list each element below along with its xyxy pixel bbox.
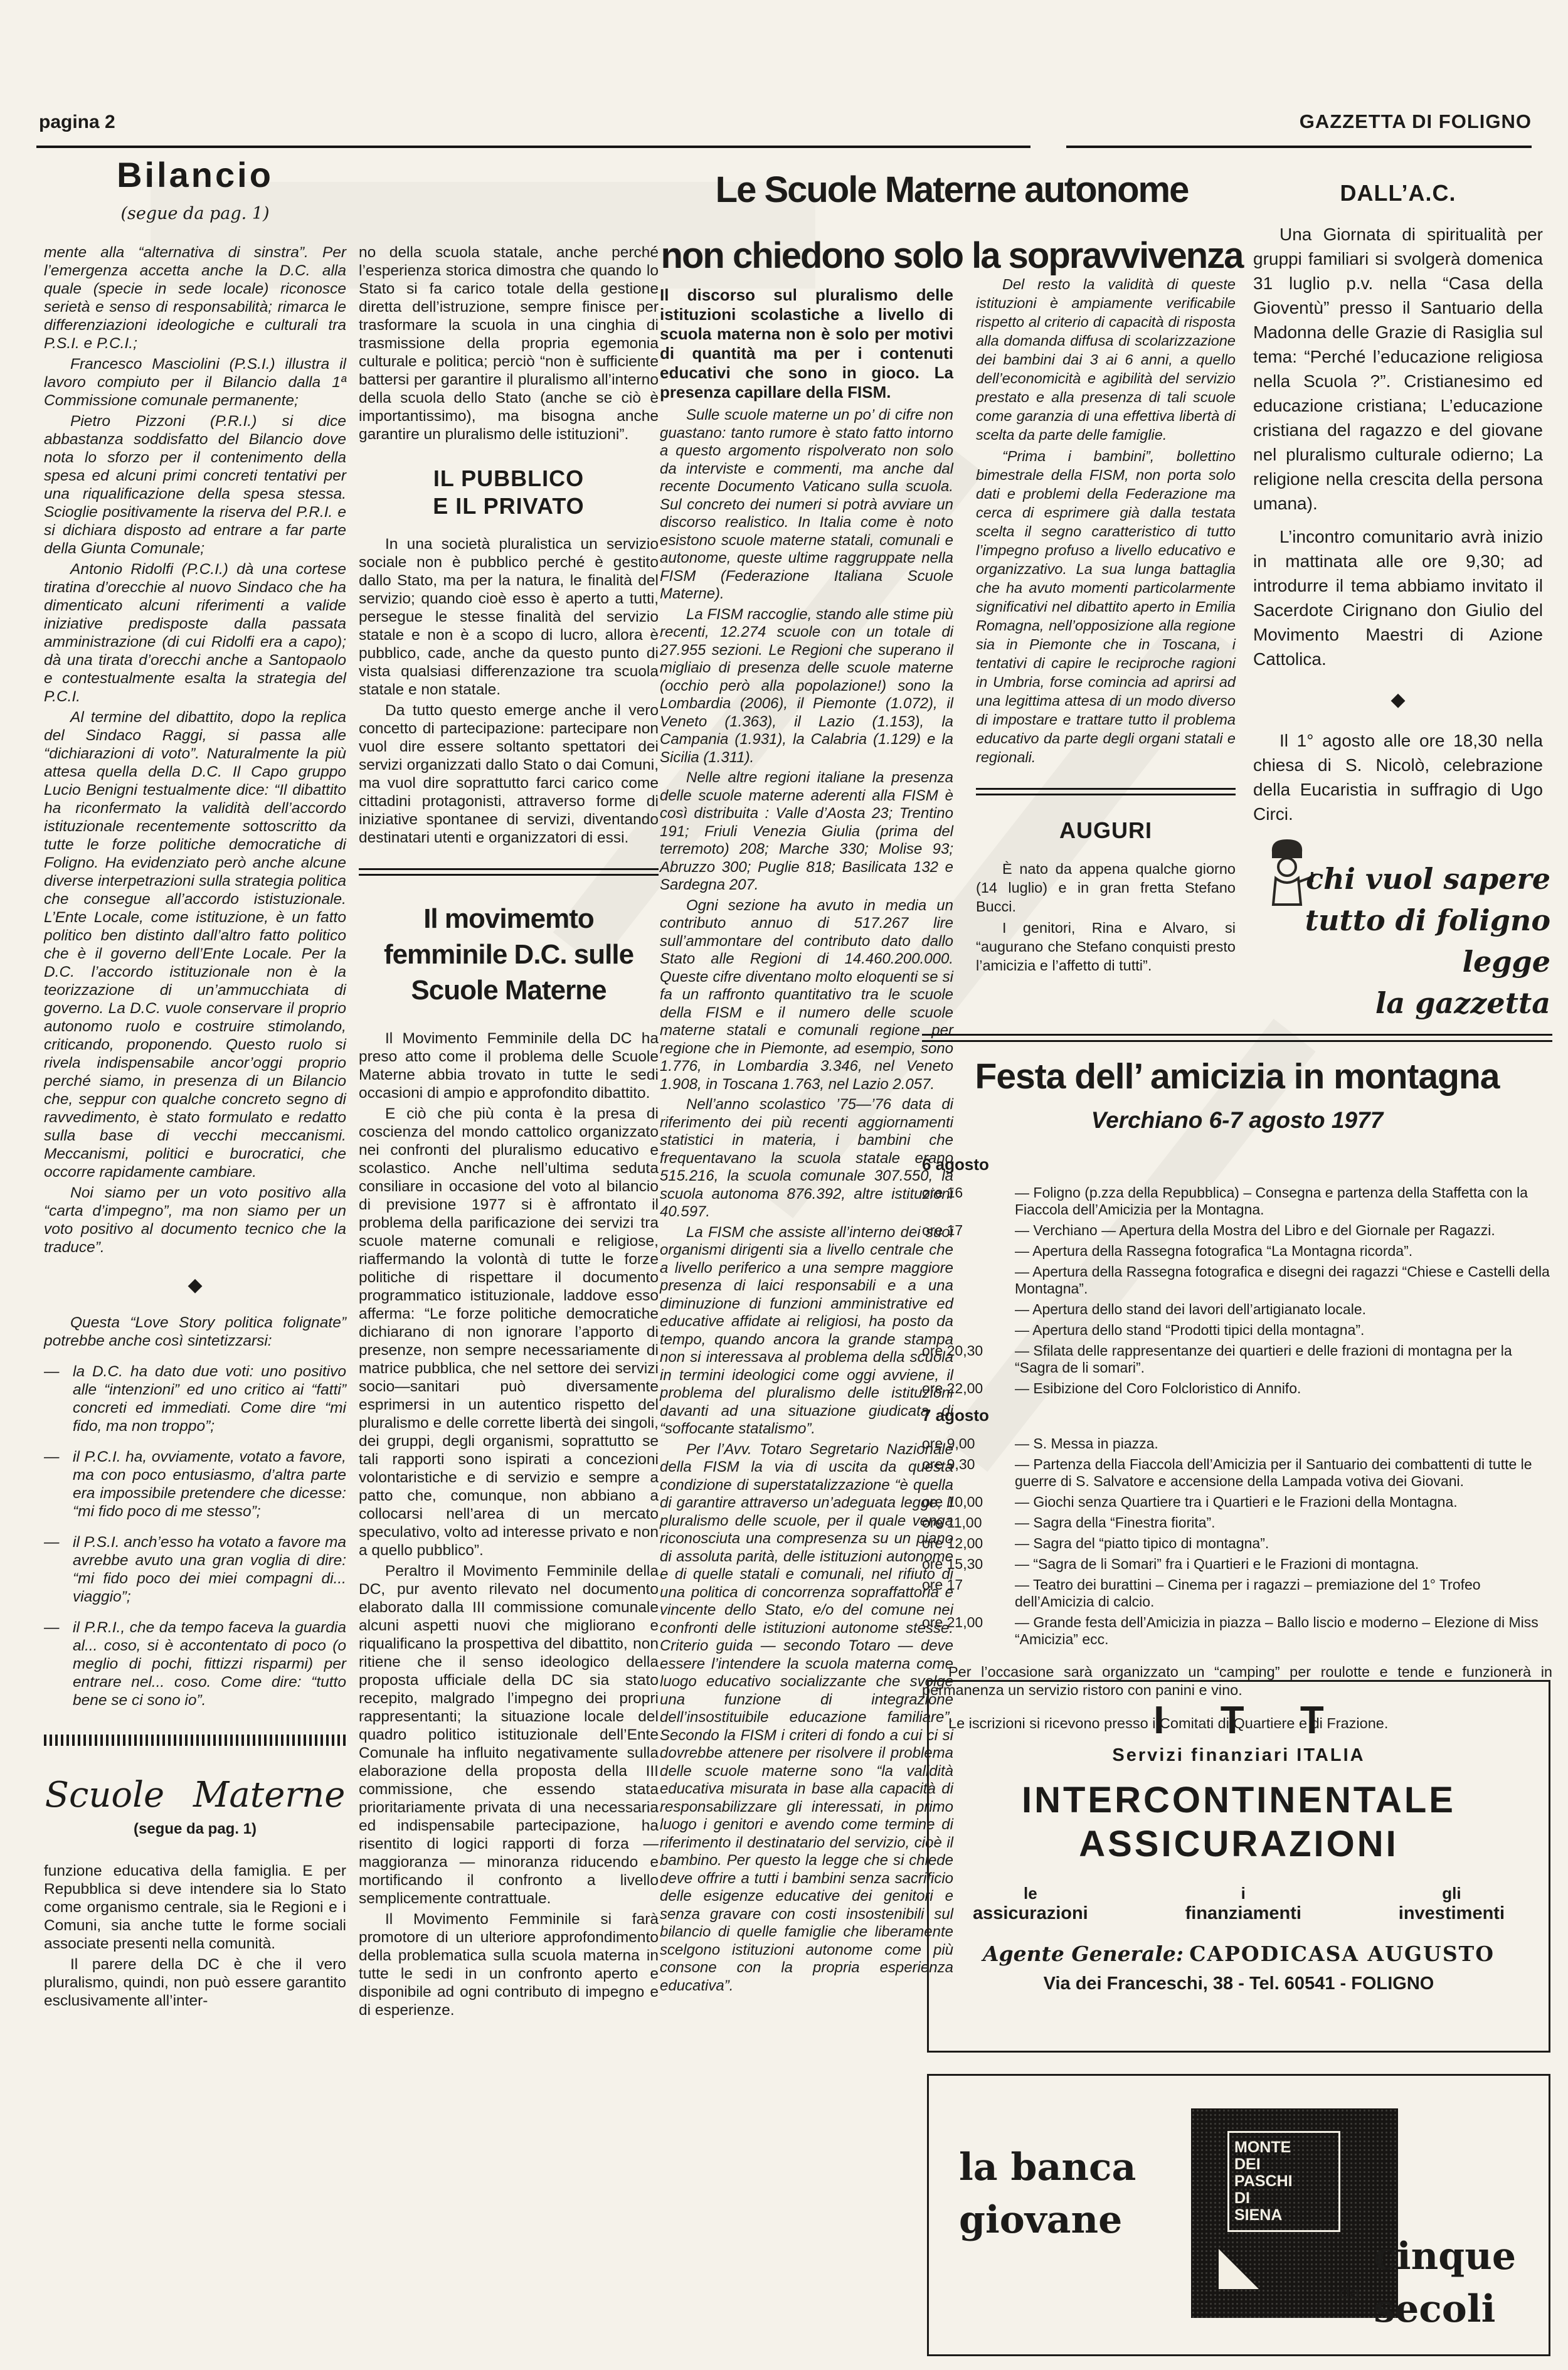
schedule-text: — Foligno (p.zza della Repubblica) – Con… <box>1015 1184 1552 1218</box>
schedule-time: ore 11,00 <box>922 1514 1015 1531</box>
itt-service-name: finanziamenti <box>1185 1903 1301 1924</box>
list-item-text: il P.C.I. ha, ovviamente, votato a favor… <box>73 1448 346 1521</box>
header-rule <box>1066 146 1532 148</box>
article-paragraph: Nelle altre regioni italiane la presenza… <box>660 769 953 895</box>
article-title-line: Il movimemto <box>359 901 659 937</box>
dash-marker: — <box>44 1448 73 1521</box>
header-rule <box>36 146 1030 148</box>
dash-marker: — <box>44 1533 73 1606</box>
schedule-text: — Apertura della Rassegna fotografica “L… <box>1015 1243 1552 1260</box>
article-paragraph: Peraltro il Movimento Femminile della DC… <box>359 1562 659 1908</box>
festa-section: Festa dell’ amicizia in montagna Verchia… <box>922 1034 1552 1747</box>
schedule-text: — Teatro dei burattini – Cinema per i ra… <box>1015 1576 1552 1610</box>
main-headline: Le Scuole Materne autonome non chiedono … <box>655 157 1248 289</box>
itt-agent-label: Agente Generale: <box>983 1942 1184 1966</box>
schedule-time: ore 9,00 <box>922 1435 1015 1452</box>
itt-company-name: INTERCONTINENTALE ASSICURAZIONI <box>929 1778 1549 1866</box>
list-item-text: il P.S.I. anch’esso ha votato a favore m… <box>73 1533 346 1606</box>
section-heading-line: IL PUBBLICO <box>359 465 659 492</box>
logo-text-line: DEI <box>1234 2156 1333 2173</box>
list-item: — il P.R.I., che da tempo faceva la guar… <box>44 1618 346 1709</box>
article-paragraph: In una società pluralistica un servizio … <box>359 535 659 699</box>
list-item: — il P.C.I. ha, ovviamente, votato a fav… <box>44 1448 346 1521</box>
schedule-row: ore 21,00— Grande festa dell’Amicizia in… <box>922 1614 1552 1648</box>
article-paragraph: Francesco Masciolini (P.S.I.) illustra i… <box>44 355 346 410</box>
itt-company-name-line: INTERCONTINENTALE <box>929 1778 1549 1822</box>
bank-advertisement: la banca giovane MONTE DEI PASCHI DI SIE… <box>927 2074 1550 2356</box>
double-rule-divider <box>359 868 659 876</box>
itt-service-name: assicurazioni <box>973 1903 1088 1924</box>
section-heading: DALL’A.C. <box>1253 179 1543 207</box>
schedule-row: ore 10,00— Giochi senza Quartiere tra i … <box>922 1494 1552 1511</box>
column-dall-ac: DALL’A.C. Una Giornata di spiritualità p… <box>1253 158 1543 835</box>
schedule-time: ore 21,00 <box>922 1614 1015 1648</box>
promo-line: tutto di foligno <box>1305 900 1550 941</box>
schedule-row: ore 16— Foligno (p.zza della Repubblica)… <box>922 1184 1552 1218</box>
article-paragraph: “Prima i bambini”, bollettino bimestrale… <box>976 447 1236 767</box>
monte-paschi-logo: MONTE DEI PASCHI DI SIENA <box>1191 2108 1398 2318</box>
schedule-text: — Apertura dello stand dei lavori dell’a… <box>1015 1301 1552 1318</box>
schedule-row: ore 22,00— Esibizione del Coro Folcloris… <box>922 1380 1552 1397</box>
article-paragraph: Al termine del dibattito, dopo la replic… <box>44 708 346 1181</box>
section-heading-line: E IL PRIVATO <box>359 492 659 520</box>
section-heading: IL PUBBLICO E IL PRIVATO <box>359 465 659 520</box>
article-paragraph: Sulle scuole materne un po’ di cifre non… <box>660 407 953 603</box>
article-paragraph: Nell’anno scolastico ’75—’76 data di rif… <box>660 1096 953 1221</box>
bank-ad-text-line: secoli <box>1374 2283 1516 2335</box>
schedule-time <box>922 1243 1015 1260</box>
itt-address: Via dei Franceschi, 38 - Tel. 60541 - FO… <box>929 1974 1549 1994</box>
itt-service-article: le <box>973 1884 1088 1903</box>
itt-company-name-line: ASSICURAZIONI <box>929 1822 1549 1866</box>
section-heading: AUGURI <box>976 817 1236 844</box>
article-paragraph: Per l’Avv. Totaro Segretario Nazionale d… <box>660 1441 953 1995</box>
festa-subtitle: Verchiano 6-7 agosto 1977 <box>922 1107 1552 1134</box>
article-title-line: femminile D.C. sulle <box>359 937 659 972</box>
schedule-text: — Sagra della “Finestra fiorita”. <box>1015 1514 1552 1531</box>
article-paragraph: Antonio Ridolfi (P.C.I.) dà una cortese … <box>44 560 346 706</box>
dash-marker: — <box>44 1618 73 1709</box>
newspaper-page: pagina 2 GAZZETTA DI FOLIGNO Bilancio (s… <box>0 0 1568 2370</box>
main-headline-line: Le Scuole Materne autonome <box>655 157 1248 223</box>
article-paragraph: Noi siamo per un voto positivo alla “car… <box>44 1184 346 1257</box>
column-main-article-b: Del resto la validità di queste istituzi… <box>976 275 1236 977</box>
schedule-time: ore 15,30 <box>922 1556 1015 1573</box>
itt-service: gli investimenti <box>1399 1884 1505 1924</box>
article-paragraph: Il 1° agosto alle ore 18,30 nella chiesa… <box>1253 728 1543 826</box>
schedule-text: — S. Messa in piazza. <box>1015 1435 1552 1452</box>
schedule-time: ore 12,00 <box>922 1535 1015 1552</box>
festa-title: Festa dell’ amicizia in montagna <box>922 1056 1552 1097</box>
article-paragraph: Pietro Pizzoni (P.R.I.) si dice abbastan… <box>44 412 346 558</box>
diamond-divider-icon: ◆ <box>1253 689 1543 711</box>
column-bilancio: mente alla “alternativa di sinstra”. Per… <box>44 243 346 2012</box>
itt-advertisement: I T T Servizi finanziari ITALIA INTERCON… <box>927 1680 1550 2053</box>
schedule-row: — Apertura della Rassegna fotografica e … <box>922 1263 1552 1297</box>
logo-text-line: SIENA <box>1234 2207 1333 2224</box>
article-bilancio-header: Bilancio (segue da pag. 1) <box>44 154 346 223</box>
article-paragraph: È nato da appena qualche giorno (14 lugl… <box>976 859 1236 916</box>
schedule-time: ore 17 <box>922 1576 1015 1610</box>
promo-line: legge <box>1305 941 1550 982</box>
schedule-time <box>922 1263 1015 1297</box>
schedule-text: — Sagra del “piatto tipico di montagna”. <box>1015 1535 1552 1552</box>
itt-agent: Agente Generale: CAPODICASA AUGUSTO <box>929 1942 1549 1966</box>
article-paragraph: funzione educativa della famiglia. E per… <box>44 1862 346 1953</box>
schedule-row: ore 17— Verchiano — Apertura della Mostr… <box>922 1222 1552 1239</box>
schedule-row: ore 12,00— Sagra del “piatto tipico di m… <box>922 1535 1552 1552</box>
bank-ad-text-line: la banca <box>959 2141 1136 2194</box>
article-title-line: Scuole Materne <box>359 972 659 1008</box>
continuation-note: (segue da pag. 1) <box>44 1820 346 1838</box>
page-number: pagina 2 <box>39 112 115 133</box>
schedule-time <box>922 1301 1015 1318</box>
article-paragraph: mente alla “alternativa di sinstra”. Per… <box>44 243 346 353</box>
schedule-text: — Esibizione del Coro Folcloristico di A… <box>1015 1380 1552 1397</box>
column-main-article-a: Sulle scuole materne un po’ di cifre non… <box>660 407 953 1997</box>
schedule-time: ore 17 <box>922 1222 1015 1239</box>
schedule-time <box>922 1322 1015 1339</box>
schedule-text: — Apertura dello stand “Prodotti tipici … <box>1015 1322 1552 1339</box>
list-item: — il P.S.I. anch’esso ha votato a favore… <box>44 1533 346 1606</box>
itt-services: le assicurazioni i finanziamenti gli inv… <box>929 1884 1549 1924</box>
bank-ad-da: da <box>1340 2283 1360 2304</box>
bank-ad-text-line: giovane <box>959 2194 1136 2246</box>
promo-line: la gazzetta <box>1305 982 1550 1024</box>
article-title: Il movimemto femminile D.C. sulle Scuole… <box>359 901 659 1008</box>
schedule-text: — Apertura della Rassegna fotografica e … <box>1015 1263 1552 1297</box>
article-standfirst: Il discorso sul pluralismo delle istituz… <box>660 285 953 402</box>
continuation-note: (segue da pag. 1) <box>44 204 346 223</box>
article-paragraph: La FISM raccoglie, stando alle stime più… <box>660 606 953 767</box>
article-paragraph: Da tutto questo emerge anche il vero con… <box>359 701 659 847</box>
list-item-text: la D.C. ha dato due voti: uno positivo a… <box>73 1363 346 1435</box>
schedule-text: — Giochi senza Quartiere tra i Quartieri… <box>1015 1494 1552 1511</box>
itt-service-article: gli <box>1399 1884 1505 1903</box>
itt-service-name: investimenti <box>1399 1903 1505 1924</box>
schedule-row: ore 15,30— “Sagra de li Somari” fra i Qu… <box>922 1556 1552 1573</box>
article-paragraph: L’incontro comunitario avrà inizio in ma… <box>1253 524 1543 671</box>
promo-line: chi vuol sapere <box>1305 858 1550 900</box>
article-paragraph: Del resto la validità di queste istituzi… <box>976 275 1236 444</box>
schedule-time: ore 20,30 <box>922 1342 1015 1376</box>
bank-ad-text-line: cinque <box>1374 2230 1516 2283</box>
list-item: — la D.C. ha dato due voti: uno positivo… <box>44 1363 346 1435</box>
masthead: GAZZETTA DI FOLIGNO <box>1300 110 1532 133</box>
schedule-row: — Apertura dello stand “Prodotti tipici … <box>922 1322 1552 1339</box>
article-paragraph: Una Giornata di spiritualità per gruppi … <box>1253 222 1543 516</box>
schedule-text: — Partenza della Fiaccola dell’Amicizia … <box>1015 1456 1552 1490</box>
logo-text-line: PASCHI <box>1234 2173 1333 2190</box>
schedule-text: — “Sagra de li Somari” fra i Quartieri e… <box>1015 1556 1552 1573</box>
logo-arrow-shape <box>1219 2249 1259 2289</box>
monte-paschi-logo-text: MONTE DEI PASCHI DI SIENA <box>1227 2131 1340 2232</box>
article-paragraph: no della scuola statale, anche perché l’… <box>359 243 659 444</box>
logo-text-line: MONTE <box>1234 2139 1333 2156</box>
itt-tagline: Servizi finanziari ITALIA <box>929 1745 1549 1766</box>
schedule-text: — Grande festa dell’Amicizia in piazza –… <box>1015 1614 1552 1648</box>
schedule-time: ore 22,00 <box>922 1380 1015 1397</box>
schedule-text: — Sfilata delle rappresentanze dei quart… <box>1015 1342 1552 1376</box>
schedule-row: — Apertura dello stand dei lavori dell’a… <box>922 1301 1552 1318</box>
schedule-text: — Verchiano — Apertura della Mostra del … <box>1015 1222 1552 1239</box>
itt-service-article: i <box>1185 1884 1301 1903</box>
article-paragraph: Ogni sezione ha avuto in media un contri… <box>660 897 953 1094</box>
itt-service: le assicurazioni <box>973 1884 1088 1924</box>
double-rule-divider <box>976 788 1236 795</box>
itt-logo: I T T <box>929 1698 1549 1743</box>
schedule-time: ore 10,00 <box>922 1494 1015 1511</box>
schedule-row: ore 20,30— Sfilata delle rappresentanze … <box>922 1342 1552 1376</box>
article-title: Bilancio <box>44 154 346 195</box>
schedule-row: ore 9,00— S. Messa in piazza. <box>922 1435 1552 1452</box>
itt-service: i finanziamenti <box>1185 1884 1301 1924</box>
article-title: Scuole Materne <box>44 1775 346 1815</box>
article-paragraph: Il Movimento Femminile della DC ha preso… <box>359 1029 659 1102</box>
hatched-divider <box>44 1735 346 1746</box>
article-paragraph: Questa “Love Story politica folignate” p… <box>44 1314 346 1350</box>
schedule-time: ore 9,30 <box>922 1456 1015 1490</box>
schedule-row: ore 11,00— Sagra della “Finestra fiorita… <box>922 1514 1552 1531</box>
article-paragraph: Il Movimento Femminile si farà promotore… <box>359 1910 659 2019</box>
dash-marker: — <box>44 1363 73 1435</box>
column-two: no della scuola statale, anche perché l’… <box>359 243 659 2022</box>
article-paragraph: La FISM che assiste all’interno dei suoi… <box>660 1224 953 1438</box>
double-rule-divider <box>922 1034 1552 1042</box>
day-label: 6 agosto <box>922 1155 1552 1174</box>
list-item-text: il P.R.I., che da tempo faceva la guardi… <box>73 1618 346 1709</box>
bank-ad-left-text: la banca giovane <box>959 2141 1136 2246</box>
diamond-divider-icon: ◆ <box>44 1274 346 1296</box>
article-paragraph: E ciò che più conta è la presa di coscie… <box>359 1105 659 1560</box>
bank-ad-right-text: cinque secoli <box>1374 2230 1516 2335</box>
schedule-time: ore 16 <box>922 1184 1015 1218</box>
article-paragraph: Il parere della DC è che il vero plurali… <box>44 1955 346 2010</box>
article-paragraph: I genitori, Rina e Alvaro, si “augurano … <box>976 918 1236 975</box>
itt-agent-name: CAPODICASA AUGUSTO <box>1189 1942 1495 1966</box>
logo-text-line: DI <box>1234 2190 1333 2207</box>
schedule-row: ore 9,30— Partenza della Fiaccola dell’A… <box>922 1456 1552 1490</box>
schedule-row: ore 17— Teatro dei burattini – Cinema pe… <box>922 1576 1552 1610</box>
day-label: 7 agosto <box>922 1406 1552 1425</box>
gazzetta-promo: chi vuol sapere tutto di foligno legge l… <box>1305 858 1550 1024</box>
schedule-row: — Apertura della Rassegna fotografica “L… <box>922 1243 1552 1260</box>
